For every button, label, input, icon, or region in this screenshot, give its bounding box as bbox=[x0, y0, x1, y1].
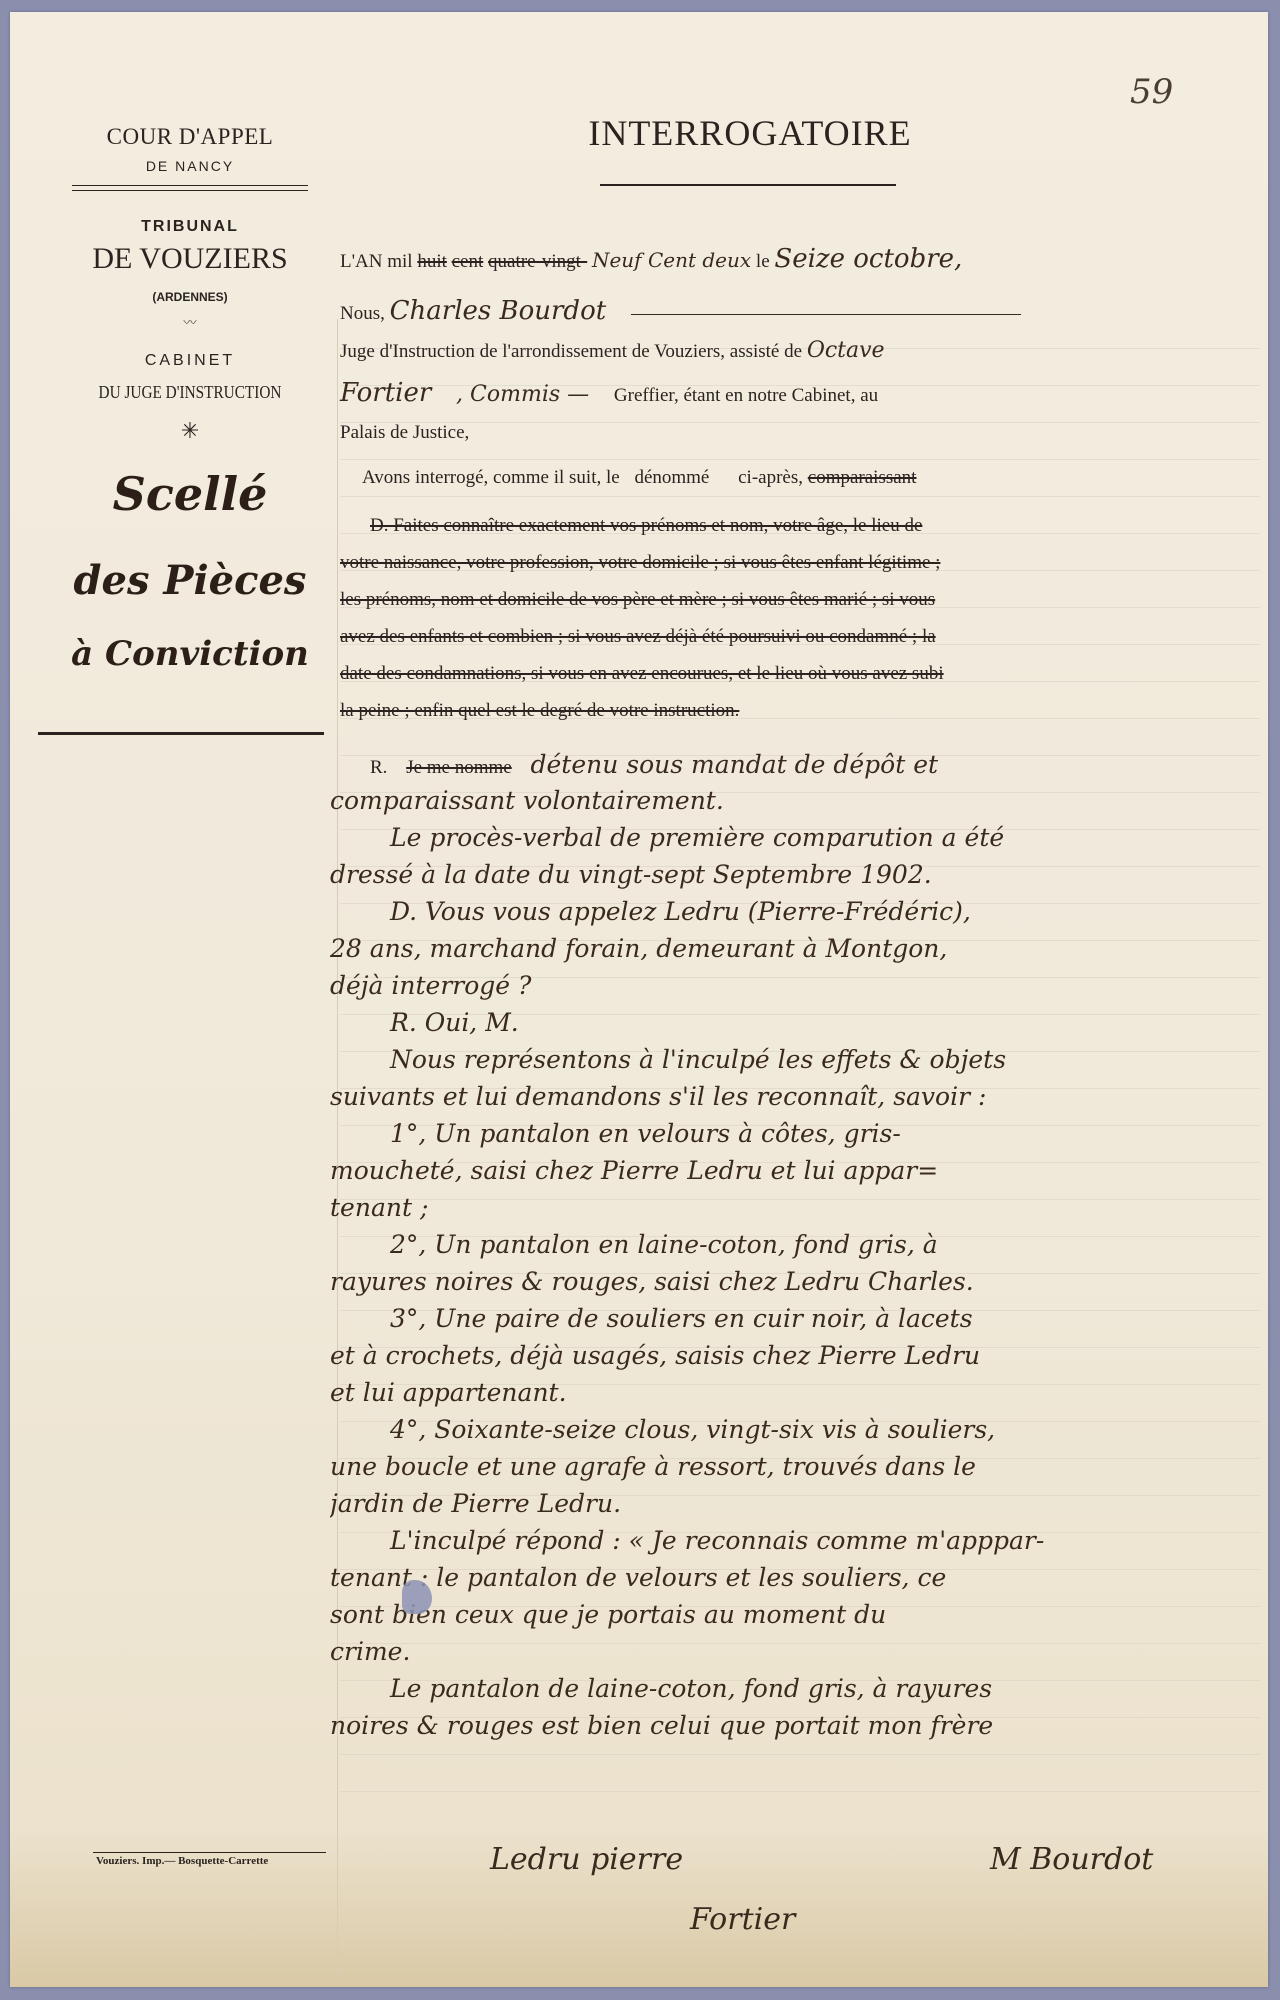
body-line: suivants et lui demandons s'il les recon… bbox=[330, 1078, 1270, 1115]
ci-apres-text: ci-après, bbox=[738, 467, 803, 488]
struck-question-line-4: avez des enfants et combien ; si vous av… bbox=[340, 626, 936, 648]
response-line: R. Je me nomme détenu sous mandat de dép… bbox=[370, 750, 938, 779]
body-line: 4°, Soixante-seize clous, vingt-six vis … bbox=[330, 1411, 1270, 1448]
struck-question-line-1: D. Faites connaître exactement vos préno… bbox=[370, 515, 922, 537]
body-line: noires & rouges est bien celui que porta… bbox=[330, 1707, 1270, 1744]
body-line: 1°, Un pantalon en velours à côtes, gris… bbox=[330, 1115, 1270, 1152]
body-line: L'inculpé répond : « Je reconnais comme … bbox=[330, 1522, 1270, 1559]
nous-label: Nous, bbox=[340, 303, 385, 324]
signature-accused: Ledru pierre bbox=[490, 1842, 683, 1877]
signature-judge: M Bourdot bbox=[990, 1842, 1153, 1877]
body-line: jardin de Pierre Ledru. bbox=[330, 1485, 1270, 1522]
body-line: comparaissant volontairement. bbox=[330, 782, 1270, 819]
body-line: dressé à la date du vingt-sept Septembre… bbox=[330, 856, 1270, 893]
handwritten-body: comparaissant volontairement. Le procès-… bbox=[330, 782, 1270, 1744]
margin-note-line3: à Conviction bbox=[50, 634, 330, 674]
body-line: R. Oui, M. bbox=[330, 1004, 1270, 1041]
body-line: Nous représentons à l'inculpé les effets… bbox=[330, 1041, 1270, 1078]
body-line: tenant : le pantalon de velours et les s… bbox=[330, 1559, 1270, 1596]
struck-question-line-2: votre naissance, votre profession, votre… bbox=[340, 552, 940, 574]
avons-line: Avons interrogé, comme il suit, le dénom… bbox=[362, 467, 916, 489]
body-line: sont bien ceux que je portais au moment … bbox=[330, 1596, 1270, 1633]
printer-imprint: Vouziers. Imp.— Bosquette-Carrette bbox=[96, 1855, 268, 1867]
year-handwritten: Neuf Cent deux bbox=[592, 248, 751, 272]
tribunal-name: DE VOUZIERS bbox=[50, 242, 330, 276]
body-line: 28 ans, marchand forain, demeurant à Mon… bbox=[330, 930, 1270, 967]
signature-clerk: Fortier bbox=[690, 1902, 795, 1937]
body-line: tenant ; bbox=[330, 1189, 1270, 1226]
body-line: une boucle et une agrafe à ressort, trou… bbox=[330, 1448, 1270, 1485]
comparaissant-struck: comparaissant bbox=[808, 467, 917, 488]
year-struck-1: huit bbox=[417, 251, 447, 272]
clerk-first-name: Octave bbox=[807, 338, 885, 363]
body-line: et lui appartenant. bbox=[330, 1374, 1270, 1411]
margin-note-line2: des Pièces bbox=[50, 557, 330, 604]
court-name: COUR D'APPEL bbox=[50, 124, 330, 150]
denomme-text: dénommé bbox=[634, 467, 709, 488]
court-sub: DE NANCY bbox=[50, 158, 330, 174]
year-struck-3: quatre-vingt- bbox=[488, 251, 587, 272]
body-line: crime. bbox=[330, 1633, 1270, 1670]
avons-text: Avons interrogé, comme il suit, le bbox=[362, 467, 620, 488]
folio-number: 59 bbox=[1130, 72, 1173, 112]
struck-question-line-3: les prénoms, nom et domicile de vos père… bbox=[340, 589, 935, 611]
year-label: L'AN mil bbox=[340, 251, 413, 272]
document-title: INTERROGATOIRE bbox=[510, 112, 990, 154]
tribunal-label: TRIBUNAL bbox=[50, 218, 330, 236]
body-line: Le pantalon de laine-coton, fond gris, à… bbox=[330, 1670, 1270, 1707]
struck-question-line-6: la peine ; enfin quel est le degré de vo… bbox=[340, 700, 739, 722]
cabinet-sub: DU JUGE D'INSTRUCTION bbox=[71, 382, 309, 403]
paper-damage bbox=[402, 1580, 432, 1614]
greffier-text: Greffier, étant en notre Cabinet, au bbox=[614, 385, 878, 406]
date-handwritten: Seize octobre, bbox=[774, 244, 962, 274]
margin-note-line1: Scellé bbox=[50, 467, 330, 521]
juge-instruction-text: Juge d'Instruction de l'arrondissement d… bbox=[340, 341, 802, 362]
title-rule bbox=[600, 184, 896, 186]
body-line: rayures noires & rouges, saisi chez Ledr… bbox=[330, 1263, 1270, 1300]
clerk-last-name: Fortier bbox=[340, 378, 431, 408]
year-struck-2: cent bbox=[452, 251, 484, 272]
margin-note-rule bbox=[38, 732, 324, 735]
body-line: D. Vous vous appelez Ledru (Pierre-Frédé… bbox=[330, 893, 1270, 930]
judge-line: Nous, Charles Bourdot bbox=[340, 296, 1021, 326]
body-line: 3°, Une paire de souliers en cuir noir, … bbox=[330, 1300, 1270, 1337]
body-line: Le procès-verbal de première comparution… bbox=[330, 819, 1270, 856]
body-line: moucheté, saisi chez Pierre Ledru et lui… bbox=[330, 1152, 1270, 1189]
clerk-line: Fortier , Commis — Greffier, étant en no… bbox=[340, 378, 878, 408]
response-struck: Je me nomme bbox=[406, 757, 512, 778]
body-line: déjà interrogé ? bbox=[330, 967, 1270, 1004]
department: (ARDENNES) bbox=[50, 290, 330, 304]
response-handwritten: détenu sous mandat de dépôt et bbox=[530, 750, 938, 779]
response-label: R. bbox=[370, 757, 387, 778]
year-line: L'AN mil huit cent quatre-vingt- Neuf Ce… bbox=[340, 244, 962, 274]
star-ornament-icon: ✳ bbox=[50, 418, 330, 444]
header-divider bbox=[72, 185, 308, 191]
struck-question-line-5: date des condamnations, si vous en avez … bbox=[340, 663, 944, 685]
cabinet-label: CABINET bbox=[50, 352, 330, 370]
day-label: le bbox=[756, 251, 770, 272]
wave-ornament-icon: 〰 bbox=[50, 312, 330, 331]
fill-line bbox=[631, 314, 1021, 315]
document-page: COUR D'APPEL DE NANCY TRIBUNAL DE VOUZIE… bbox=[10, 12, 1268, 1987]
juge-instruction-line: Juge d'Instruction de l'arrondissement d… bbox=[340, 338, 885, 363]
body-line: 2°, Un pantalon en laine-coton, fond gri… bbox=[330, 1226, 1270, 1263]
clerk-role: , Commis — bbox=[456, 382, 589, 407]
palais-line: Palais de Justice, bbox=[340, 422, 469, 444]
imprint-rule bbox=[93, 1852, 326, 1853]
judge-name: Charles Bourdot bbox=[390, 296, 607, 326]
body-line: et à crochets, déjà usagés, saisis chez … bbox=[330, 1337, 1270, 1374]
